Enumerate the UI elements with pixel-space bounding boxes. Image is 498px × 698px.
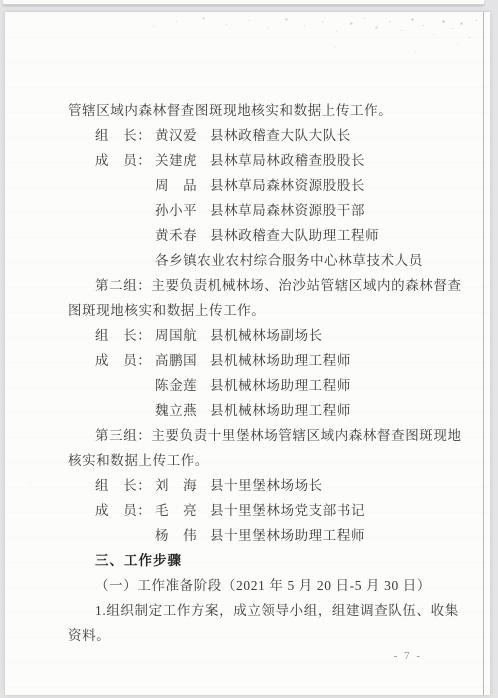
document-body: 管辖区域内森林督查图斑现地核实和数据上传工作。 组 长： 黄汉爱 县林政稽查大队… [68,98,480,648]
group1-member-row: 周 品 县林草局森林资源股股长 [68,173,480,198]
member-name: 黄禾春 [155,223,206,248]
leader-role-label: 组 长： [95,473,151,498]
group3-heading-line: 核实和数据上传工作。 [68,448,480,473]
paragraph-line: 管辖区域内森林督查图斑现地核实和数据上传工作。 [68,98,480,123]
member-title: 县机械林场助理工程师 [210,403,351,418]
member-title: 县十里堡林场助理工程师 [210,528,365,543]
member-name: 杨 伟 [155,523,206,548]
leader-name: 刘 海 [155,473,206,498]
group3-leader-row: 组 长： 刘 海 县十里堡林场场长 [68,473,480,498]
member-title: 县林草局林政稽查股股长 [210,153,365,168]
group1-member-row: 成 员： 关建虎 县林草局林政稽查股股长 [68,148,480,173]
member-name: 高鹏国 [155,348,206,373]
leader-title: 县机械林场副场长 [210,328,323,343]
list-item-line: 1.组织制定工作方案，成立领导小组，组建调查队伍、收集 [68,598,480,623]
group2-heading-line: 第二组：主要负责机械林场、治沙站管辖区域内的森林督查 [68,273,480,298]
section-heading: 三、工作步骤 [68,548,480,573]
scan-artifact-line [483,12,484,695]
list-item-line: 资料。 [68,623,480,648]
subsection-heading: （一）工作准备阶段（2021 年 5 月 20 日-5 月 30 日） [68,573,480,598]
group2-member-row: 陈金莲 县机械林场助理工程师 [68,373,480,398]
member-role-label: 成 员： [95,148,151,173]
member-name: 关建虎 [155,148,206,173]
group3-member-row: 杨 伟 县十里堡林场助理工程师 [68,523,480,548]
member-title: 县林政稽查大队助理工程师 [210,228,379,243]
group2-heading-line: 图斑现地核实和数据上传工作。 [68,298,480,323]
group2-member-row: 魏立燕 县机械林场助理工程师 [68,398,480,423]
leader-title: 县林政稽查大队大队长 [210,128,351,143]
member-title: 县机械林场助理工程师 [210,378,351,393]
group2-leader-row: 组 长： 周国航 县机械林场副场长 [68,323,480,348]
member-name: 孙小平 [155,198,206,223]
leader-role-label: 组 长： [95,323,151,348]
scan-noise [5,12,6,13]
member-name: 魏立燕 [155,398,206,423]
leader-name: 黄汉爱 [155,123,206,148]
member-note: 各乡镇农业农村综合服务中心林草技术人员 [155,253,423,268]
member-title: 县十里堡林场党支部书记 [210,503,365,518]
group3-member-row: 成 员： 毛 亮 县十里堡林场党支部书记 [68,498,480,523]
leader-title: 县十里堡林场场长 [210,478,323,493]
group1-member-row: 孙小平 县林草局森林资源股干部 [68,198,480,223]
member-title: 县林草局森林资源股股长 [210,178,365,193]
group1-member-row: 黄禾春 县林政稽查大队助理工程师 [68,223,480,248]
member-role-label: 成 员： [95,498,151,523]
document-page: 管辖区域内森林督查图斑现地核实和数据上传工作。 组 长： 黄汉爱 县林政稽查大队… [5,12,490,695]
leader-role-label: 组 长： [95,123,151,148]
member-title: 县机械林场助理工程师 [210,353,351,368]
member-name: 毛 亮 [155,498,206,523]
previous-page-edge [3,0,484,5]
member-title: 县林草局森林资源股干部 [210,203,365,218]
group1-leader-row: 组 长： 黄汉爱 县林政稽查大队大队长 [68,123,480,148]
member-name: 周 品 [155,173,206,198]
member-role-label: 成 员： [95,348,151,373]
page-number: - 7 - [394,650,422,662]
member-name: 陈金莲 [155,373,206,398]
leader-name: 周国航 [155,323,206,348]
group3-heading-line: 第三组：主要负责十里堡林场管辖区域内森林督查图斑现地 [68,423,480,448]
group1-member-row: 各乡镇农业农村综合服务中心林草技术人员 [68,248,480,273]
group2-member-row: 成 员： 高鹏国 县机械林场助理工程师 [68,348,480,373]
